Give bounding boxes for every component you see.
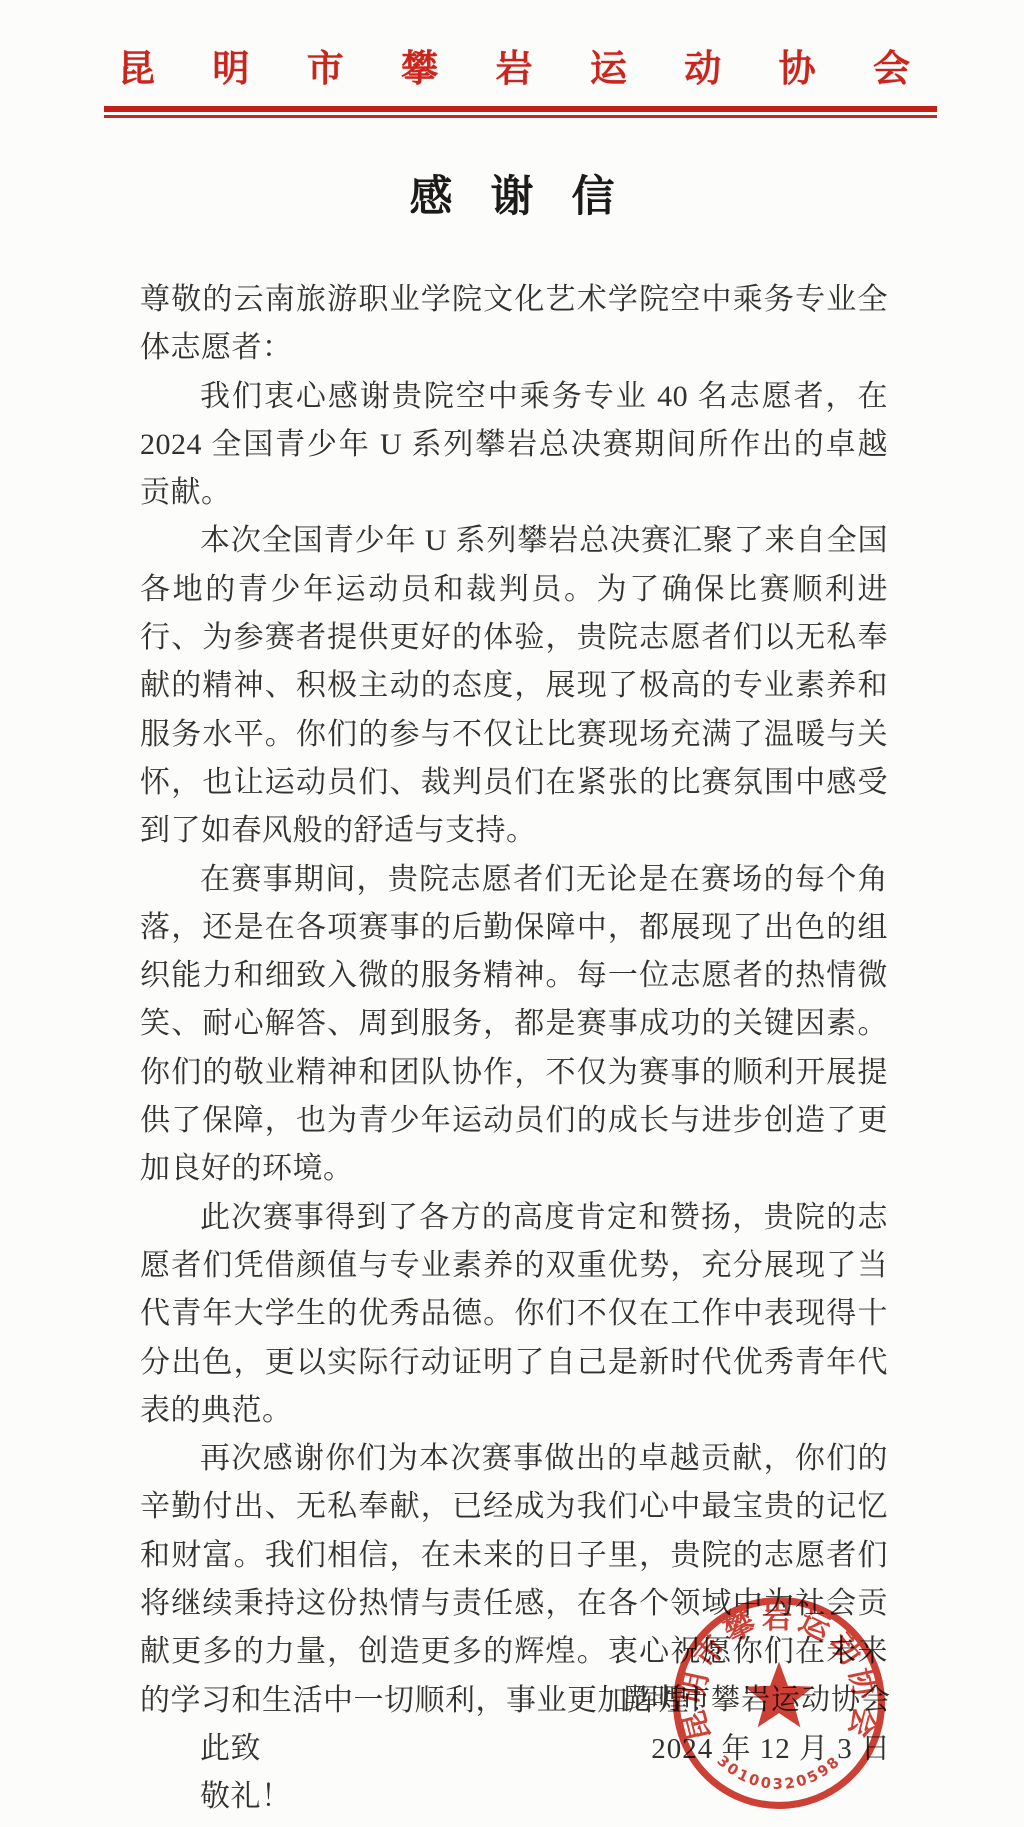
paragraph: 本次全国青少年 U 系列攀岩总决赛汇聚了来自全国各地的青少年运动员和裁判员。为了… bbox=[140, 517, 888, 855]
paragraph: 此次赛事得到了各方的高度肯定和赞扬，贵院的志愿者们凭借颜值与专业素养的双重优势，… bbox=[140, 1194, 888, 1435]
letterhead-char: 市 bbox=[307, 50, 344, 91]
seal-graphic: 昆明市攀岩运动协会 5301003205982 bbox=[668, 1592, 890, 1814]
seal-star-icon bbox=[744, 1662, 813, 1728]
letter-page: 昆 明 市 攀 岩 运 动 协 会 感 谢 信 尊敬的云南旅游职业学院文化艺术学… bbox=[0, 0, 1024, 1827]
letterhead-char: 会 bbox=[873, 50, 910, 91]
letterhead-org-name: 昆 明 市 攀 岩 运 动 协 会 bbox=[118, 50, 910, 91]
salutation: 尊敬的云南旅游职业学院文化艺术学院空中乘务专业全体志愿者： bbox=[140, 276, 888, 373]
title-char: 谢 bbox=[491, 163, 534, 224]
title-char: 信 bbox=[572, 163, 615, 224]
letterhead-char: 明 bbox=[212, 50, 249, 91]
letter-body: 尊敬的云南旅游职业学院文化艺术学院空中乘务专业全体志愿者： 我们衷心感谢贵院空中… bbox=[140, 276, 888, 1822]
letterhead-char: 协 bbox=[779, 50, 816, 91]
letterhead-rule-thick bbox=[104, 106, 937, 112]
letterhead-char: 昆 bbox=[118, 50, 155, 91]
letterhead-char: 攀 bbox=[401, 50, 438, 91]
letterhead-char: 岩 bbox=[496, 50, 533, 91]
letter-title: 感 谢 信 bbox=[0, 163, 1024, 224]
letterhead-char: 运 bbox=[590, 50, 627, 91]
title-char: 感 bbox=[410, 163, 453, 224]
official-seal: 昆明市攀岩运动协会 5301003205982 bbox=[668, 1592, 890, 1814]
paragraph: 在赛事期间，贵院志愿者们无论是在赛场的每个角落，还是在各项赛事的后勤保障中，都展… bbox=[140, 856, 888, 1194]
letterhead-char: 动 bbox=[684, 50, 721, 91]
letterhead-rule-thin bbox=[104, 115, 937, 118]
paragraph: 我们衷心感谢贵院空中乘务专业 40 名志愿者，在 2024 全国青少年 U 系列… bbox=[140, 373, 888, 518]
